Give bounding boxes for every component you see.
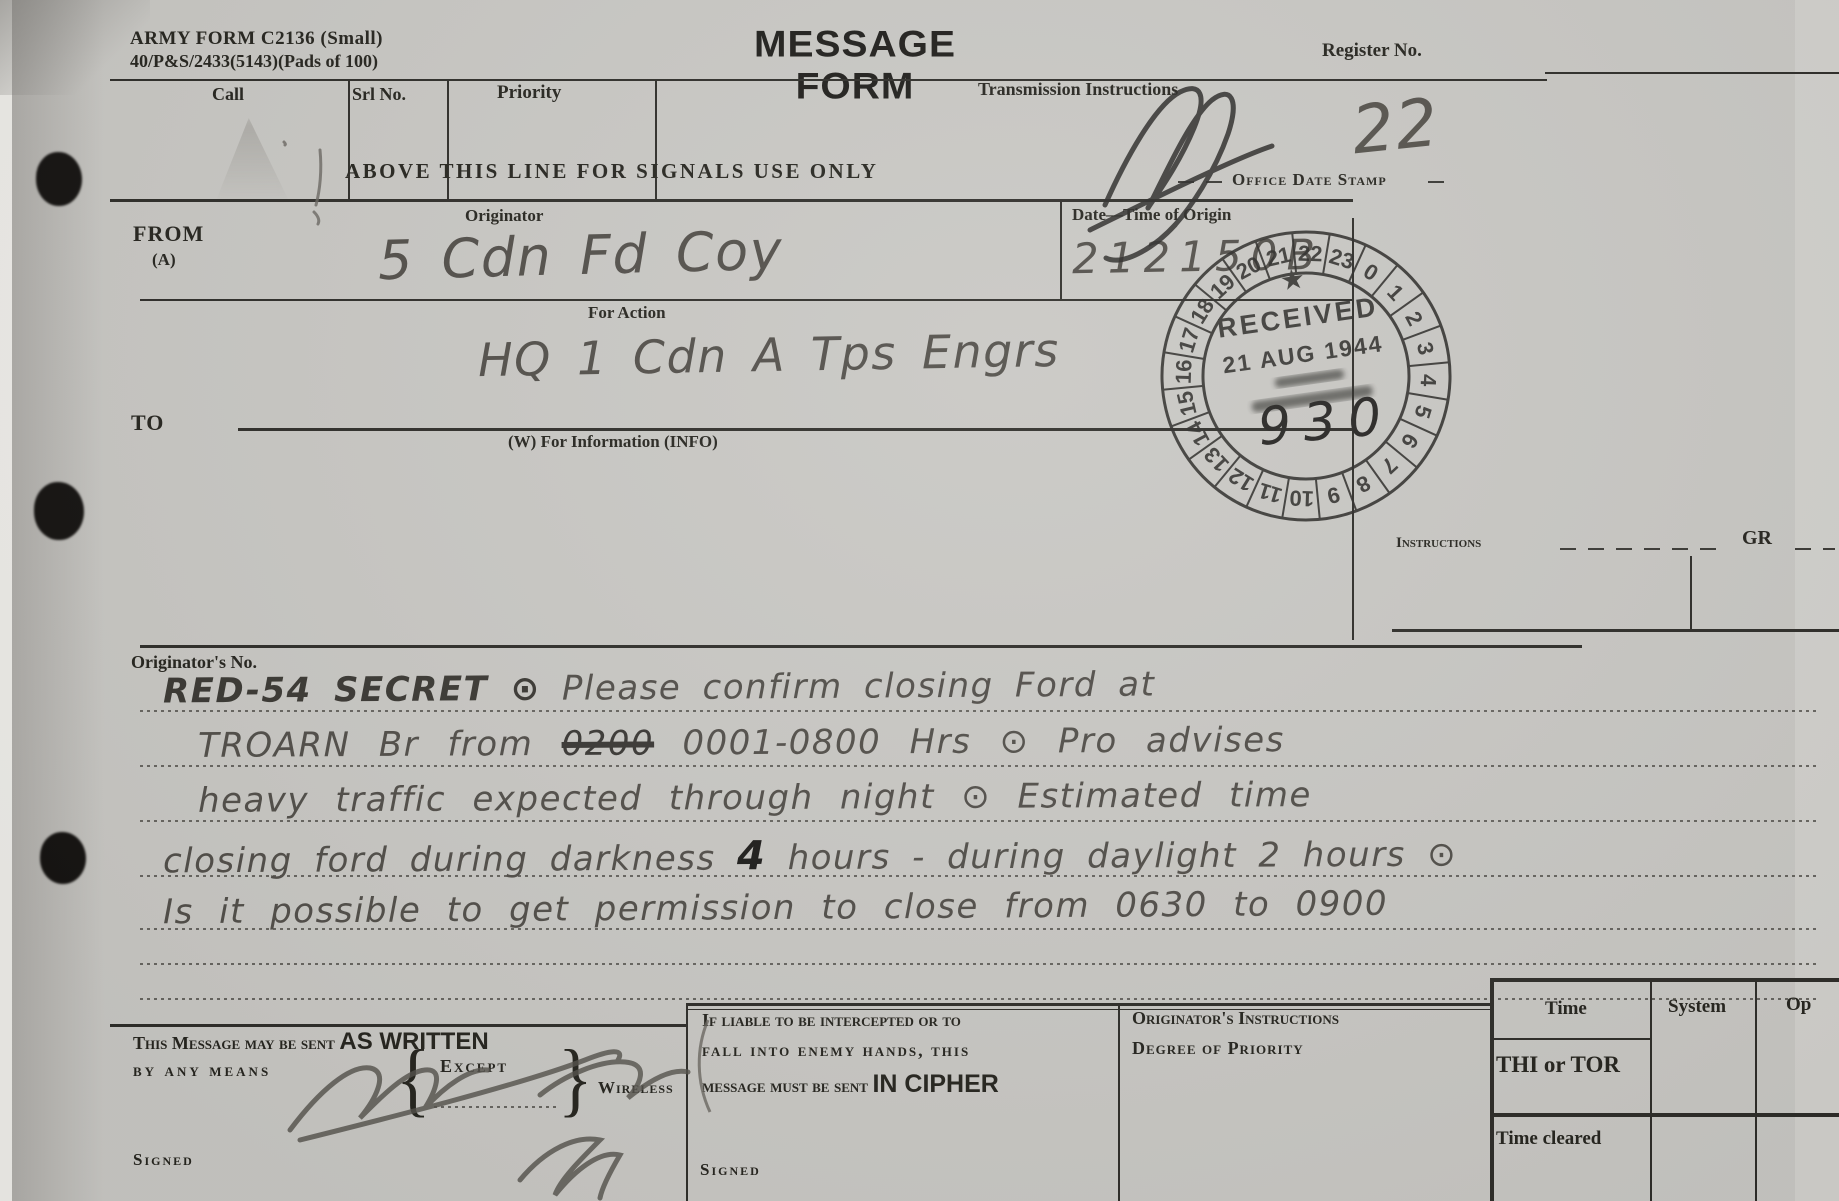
svg-text:9: 9 <box>1325 482 1343 509</box>
table-col-divider <box>1650 978 1652 1201</box>
gr-label: GR <box>1742 527 1772 550</box>
ruled-line <box>140 710 1820 712</box>
dash-after-gr <box>1795 548 1835 550</box>
svg-text:23: 23 <box>1326 243 1357 274</box>
originator-label: Originator <box>465 206 543 226</box>
svg-text:2: 2 <box>1400 307 1428 330</box>
svg-text:4: 4 <box>1416 374 1441 388</box>
ruled-line <box>140 963 1820 965</box>
instructions-label: Instructions <box>1396 535 1481 552</box>
svg-text:3: 3 <box>1412 340 1439 358</box>
rule-message-top <box>140 645 1582 648</box>
form-code-line2: 40/P&S/2433(5143)(Pads of 100) <box>130 51 378 72</box>
info-label: (W) For Information (INFO) <box>508 432 718 452</box>
svg-text:5: 5 <box>1409 402 1436 421</box>
signature-scrawl-bottom <box>260 1030 700 1201</box>
svg-text:16: 16 <box>1171 359 1197 384</box>
svg-text:15: 15 <box>1172 389 1202 418</box>
rule-footer-mid-top <box>686 1003 1490 1006</box>
for-action-label: For Action <box>588 303 666 323</box>
ruled-line <box>140 765 1820 767</box>
signals-notice: ABOVE THIS LINE FOR SIGNALS USE ONLY <box>345 159 878 184</box>
table-header-op: Op <box>1786 994 1811 1016</box>
signed-label-mid: Signed <box>700 1160 761 1180</box>
to-label: TO <box>131 410 164 436</box>
message-line-2-struck: 0200 <box>561 723 654 763</box>
stamp-time-handwriting: 930 <box>1256 386 1396 458</box>
page-title: MESSAGE FORM <box>690 24 1020 108</box>
svg-text:8: 8 <box>1352 470 1375 498</box>
for-action-value-handwriting: HQ 1 Cdn A Tps Engrs <box>478 323 1061 387</box>
scan-right-band <box>1795 0 1839 1201</box>
message-line-2: TROARN Br from 0200 0001-0800 Hrs ⊙ Pro … <box>198 720 1285 766</box>
cipher-line3-text: message must be sent <box>702 1076 872 1096</box>
message-line-3: heavy traffic expected through night ⊙ E… <box>198 775 1312 821</box>
form-code-line1: ARMY FORM C2136 (Small) <box>130 28 383 50</box>
register-label: Register No. <box>1322 40 1422 62</box>
rule-register <box>1545 72 1839 74</box>
cipher-line2: fall into enemy hands, this <box>702 1040 970 1061</box>
svg-text:7: 7 <box>1377 452 1403 479</box>
received-date-stamp: 13141516171819202122230123456789101112 ★… <box>1156 226 1456 526</box>
table-row1-label: THI or TOR <box>1496 1052 1620 1078</box>
punch-hole <box>34 482 84 540</box>
stamp-smudge <box>1274 369 1345 389</box>
divider <box>1118 1003 1120 1201</box>
originator-instructions-line2: Degree of Priority <box>1132 1038 1304 1059</box>
rule-footer-left-top <box>110 1024 686 1027</box>
message-line-1: RED-54 SECRET ⊙ Please confirm closing F… <box>163 665 1156 712</box>
scan-edge-white <box>0 0 12 1201</box>
table-col-divider <box>1755 978 1757 1201</box>
table-top-border <box>1490 978 1839 982</box>
dash-before-gr <box>1560 548 1728 550</box>
message-line-2-pre: TROARN Br from <box>198 724 562 766</box>
message-line-4-ink-numeral: 4 <box>737 833 767 879</box>
svg-text:10: 10 <box>1289 486 1314 512</box>
message-line-4: closing ford during darkness 4 hours - d… <box>163 830 1457 883</box>
message-line-1-rest: Please confirm closing Ford at <box>540 665 1155 709</box>
cipher-line1: If liable to be intercepted or to <box>702 1010 961 1031</box>
table-mid-divider <box>1490 1113 1839 1117</box>
message-line-4-post: hours - during daylight 2 hours ⊙ <box>766 835 1457 879</box>
signature-scrawl-top <box>1060 70 1320 270</box>
table-row2-label: Time cleared <box>1496 1128 1601 1150</box>
svg-text:11: 11 <box>1255 478 1285 509</box>
svg-text:17: 17 <box>1173 325 1204 356</box>
cipher-emphasis: IN CIPHER <box>872 1070 998 1098</box>
originator-value-handwriting: 5 Cdn Fd Coy <box>377 219 784 293</box>
from-label: FROM <box>133 221 204 247</box>
cipher-line3: message must be sent IN CIPHER <box>702 1070 999 1099</box>
svg-text:19: 19 <box>1205 269 1240 304</box>
rule-signals-top <box>110 79 1547 81</box>
srl-no-label: Srl No. <box>352 84 406 105</box>
message-line-4-pre: closing ford during darkness <box>163 838 737 881</box>
scanned-message-form: ARMY FORM C2136 (Small) 40/P&S/2433(5143… <box>0 0 1839 1201</box>
register-value-handwriting: 22 <box>1348 84 1443 170</box>
from-sub-label: (A) <box>152 250 176 270</box>
table-header-system: System <box>1668 996 1726 1018</box>
message-line-1-emphasis: RED-54 SECRET ⊙ <box>163 669 541 712</box>
punch-hole <box>36 152 82 206</box>
message-line-5: Is it possible to get permission to clos… <box>163 884 1388 933</box>
message-line-2-post: 0001-0800 Hrs ⊙ Pro advises <box>654 720 1285 763</box>
table-header-time: Time <box>1545 998 1587 1020</box>
punch-hole <box>40 832 86 884</box>
call-label: Call <box>212 84 244 105</box>
dash-after-stamp-label <box>1428 181 1448 183</box>
table-left-border <box>1490 978 1494 1201</box>
divider-gr <box>1690 556 1692 630</box>
pencil-paren-mark <box>688 1000 718 1120</box>
table-row-divider-time <box>1490 1038 1650 1040</box>
as-written-line2: by any means <box>133 1060 271 1081</box>
originators-no-label: Originator's No. <box>131 652 257 673</box>
rule-gr-bottom <box>1392 629 1839 632</box>
priority-label: Priority <box>497 82 561 104</box>
svg-text:1: 1 <box>1382 279 1409 305</box>
pencil-marks <box>270 120 410 230</box>
ruled-line <box>140 820 1820 822</box>
originator-instructions-line1: Originator's Instructions <box>1132 1008 1339 1029</box>
svg-text:13: 13 <box>1199 442 1234 477</box>
svg-text:0: 0 <box>1359 258 1383 286</box>
svg-text:6: 6 <box>1396 429 1424 453</box>
signed-label-left: Signed <box>133 1150 194 1170</box>
